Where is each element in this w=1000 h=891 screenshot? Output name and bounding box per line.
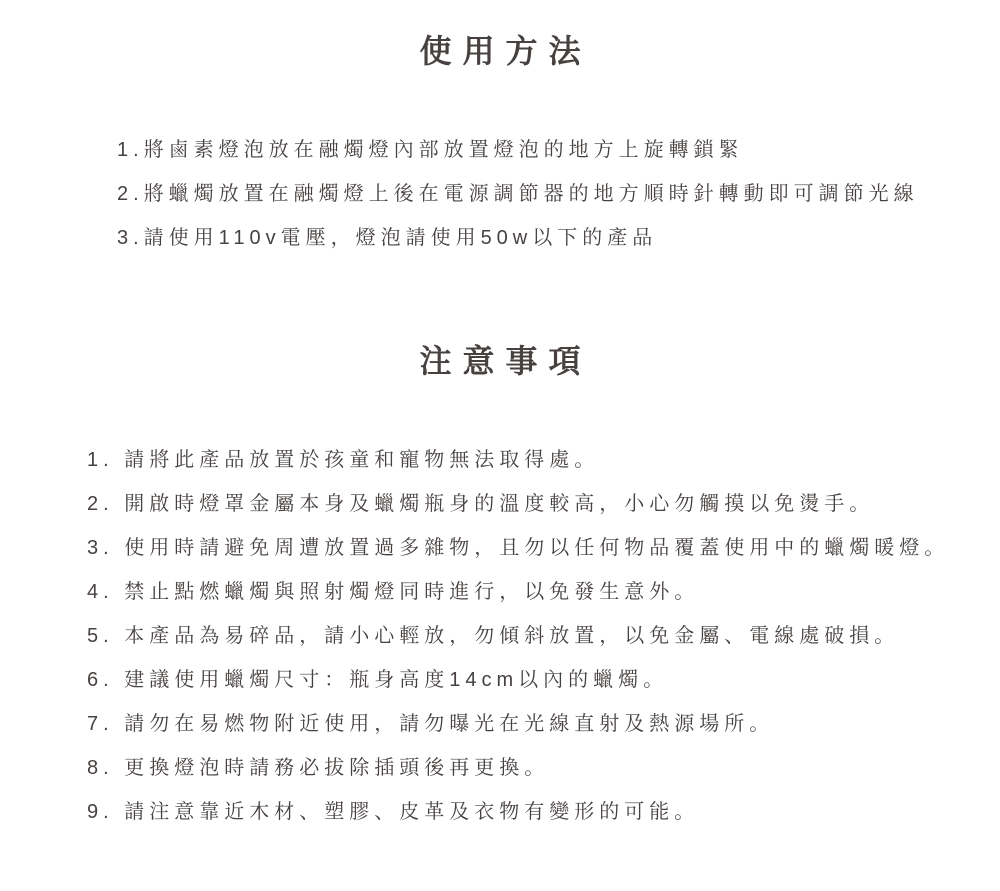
- notice-item-9: 9. 請注意靠近木材、塑膠、皮革及衣物有變形的可能。: [87, 800, 1000, 824]
- usage-list: 1.將鹵素燈泡放在融燭燈內部放置燈泡的地方上旋轉鎖緊 2.將蠟燭放置在融燭燈上後…: [117, 138, 1000, 250]
- instruction-page: 使用方法 1.將鹵素燈泡放在融燭燈內部放置燈泡的地方上旋轉鎖緊 2.將蠟燭放置在…: [0, 0, 1000, 891]
- notice-item-2: 2. 開啟時燈罩金屬本身及蠟燭瓶身的溫度較高，小心勿觸摸以免燙手。: [87, 492, 1000, 516]
- usage-step-3: 3.請使用110v電壓，燈泡請使用50w以下的產品: [117, 226, 1000, 250]
- notice-list: 1. 請將此產品放置於孩童和寵物無法取得處。 2. 開啟時燈罩金屬本身及蠟燭瓶身…: [87, 448, 1000, 824]
- notice-item-6: 6. 建議使用蠟燭尺寸：瓶身高度14cm以內的蠟燭。: [87, 668, 1000, 692]
- notice-item-4: 4. 禁止點燃蠟燭與照射燭燈同時進行，以免發生意外。: [87, 580, 1000, 604]
- notice-section-title: 注意事項: [0, 342, 1000, 380]
- notice-item-8: 8. 更換燈泡時請務必拔除插頭後再更換。: [87, 756, 1000, 780]
- notice-item-7: 7. 請勿在易燃物附近使用，請勿曝光在光線直射及熱源場所。: [87, 712, 1000, 736]
- usage-step-2: 2.將蠟燭放置在融燭燈上後在電源調節器的地方順時針轉動即可調節光線: [117, 182, 1000, 206]
- notice-item-1: 1. 請將此產品放置於孩童和寵物無法取得處。: [87, 448, 1000, 472]
- usage-section-title: 使用方法: [0, 0, 1000, 70]
- notice-item-3: 3. 使用時請避免周遭放置過多雜物，且勿以任何物品覆蓋使用中的蠟燭暖燈。: [87, 536, 1000, 560]
- usage-step-1: 1.將鹵素燈泡放在融燭燈內部放置燈泡的地方上旋轉鎖緊: [117, 138, 1000, 162]
- notice-item-5: 5. 本產品為易碎品，請小心輕放，勿傾斜放置，以免金屬、電線處破損。: [87, 624, 1000, 648]
